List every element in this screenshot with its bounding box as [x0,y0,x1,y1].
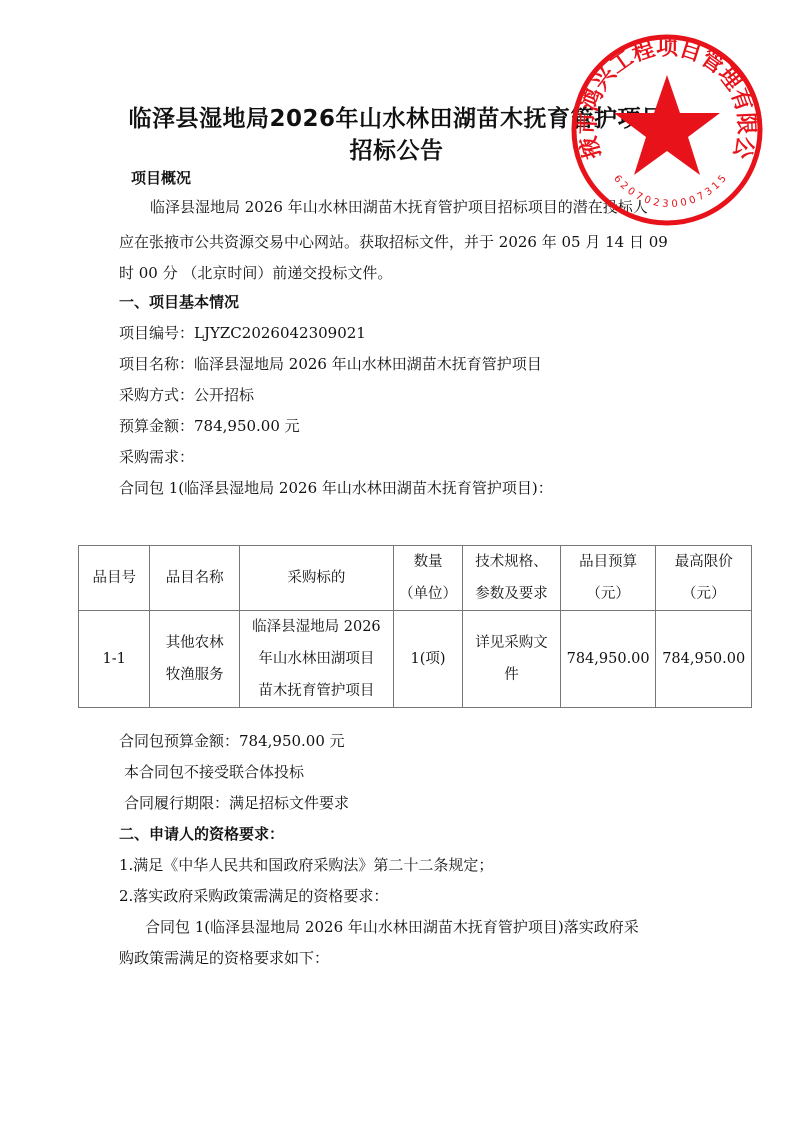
header-item-name: 品目名称 [150,546,240,611]
qualification-item1: 1.满足《中华人民共和国政府采购法》第二十二条规定； [119,855,493,875]
cell-quantity: 1(项) [393,611,462,708]
overview-heading: 项目概况 [131,168,191,188]
qualification-paragraph-line1: 合同包 1(临泽县湿地局 2026 年山水林田湖苗木抚育管护项目)落实政府采 [145,917,639,937]
budget-amount: 预算金额：784,950.00 元 [119,416,300,436]
section1-heading: 一、项目基本情况 [119,292,239,312]
project-number: 项目编号：LJYZC2026042309021 [119,323,366,343]
header-quantity: 数量（单位） [393,546,462,611]
header-max-price: 最高限价（元） [656,546,752,611]
performance-period: 合同履行期限：满足招标文件要求 [124,793,349,813]
section2-heading: 二、申请人的资格要求： [119,824,284,844]
overview-paragraph-line2: 应在张掖市公共资源交易中心网站。获取招标文件，并于 2026 年 05 月 14… [119,232,668,252]
qualification-item2: 2.落实政府采购政策需满足的资格要求： [119,886,388,906]
table-header-row: 品目号 品目名称 采购标的 数量（单位） 技术规格、参数及要求 品目预算（元） … [79,546,752,611]
items-table: 品目号 品目名称 采购标的 数量（单位） 技术规格、参数及要求 品目预算（元） … [78,545,752,708]
overview-paragraph-line1: 临泽县湿地局 2026 年山水林田湖苗木抚育管护项目招标项目的潜在投标人 [150,197,648,217]
overview-paragraph-line3: 时 00 分 （北京时间）前递交投标文件。 [119,263,392,283]
cell-max-price: 784,950.00 [656,611,752,708]
no-consortium: 本合同包不接受联合体投标 [124,762,304,782]
document-title-line2: 招标公告 [0,132,793,165]
header-item-no: 品目号 [79,546,150,611]
contract-package: 合同包 1(临泽县湿地局 2026 年山水林田湖苗木抚育管护项目)： [119,478,553,498]
header-budget: 品目预算（元） [560,546,656,611]
cell-spec: 详见采购文件 [463,611,561,708]
package-budget: 合同包预算金额：784,950.00 元 [119,731,345,751]
project-name: 项目名称：临泽县湿地局 2026 年山水林田湖苗木抚育管护项目 [119,354,542,374]
header-subject: 采购标的 [239,546,393,611]
table-row: 1-1 其他农林牧渔服务 临泽县湿地局 2026年山水林田湖项目苗木抚育管护项目… [79,611,752,708]
header-spec: 技术规格、参数及要求 [463,546,561,611]
cell-budget: 784,950.00 [560,611,656,708]
procurement-demand: 采购需求： [119,447,194,467]
qualification-paragraph-line2: 购政策需满足的资格要求如下： [119,948,329,968]
cell-item-no: 1-1 [79,611,150,708]
document-title-line1: 临泽县湿地局2026年山水林田湖苗木抚育管护项目 [0,100,793,133]
procurement-method: 采购方式：公开招标 [119,385,254,405]
cell-subject: 临泽县湿地局 2026年山水林田湖项目苗木抚育管护项目 [239,611,393,708]
cell-item-name: 其他农林牧渔服务 [150,611,240,708]
